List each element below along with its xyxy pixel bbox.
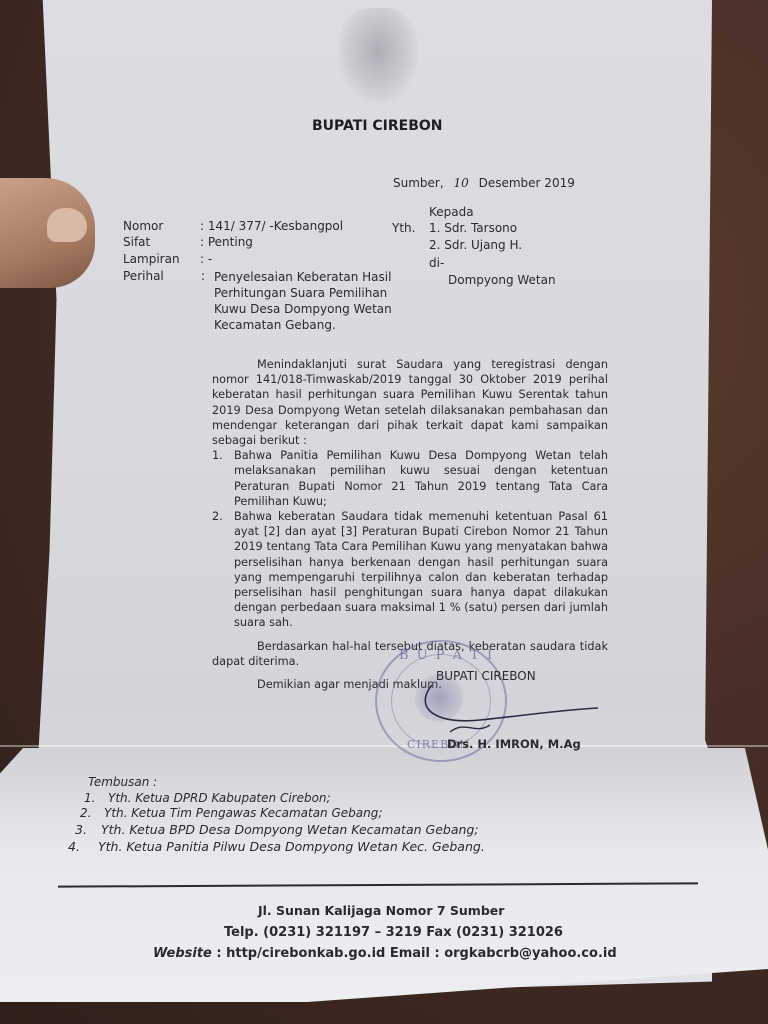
lampiran-value: : - [200, 252, 212, 266]
nomor-label: Nomor [123, 219, 163, 233]
footer-phone: Telp. (0231) 321197 – 3219 Fax (0231) 32… [224, 925, 563, 940]
tembusan-item: 1.Yth. Ketua DPRD Kabupaten Cirebon; [84, 790, 331, 806]
tembusan-item: 2.Yth. Ketua Tim Pengawas Kecamatan Geba… [80, 805, 382, 821]
footer-address: Jl. Sunan Kalijaga Nomor 7 Sumber [258, 903, 504, 918]
point-text: Bahwa Panitia Pemilihan Kuwu Desa Dompyo… [234, 448, 608, 509]
sifat-value: : Penting [200, 235, 253, 249]
perihal-line: Kuwu Desa Dompyong Wetan [214, 301, 392, 317]
point-item: 1. Bahwa Panitia Pemilihan Kuwu Desa Dom… [212, 448, 608, 509]
tembusan-number: 3. [75, 822, 101, 838]
thumbnail [47, 208, 87, 242]
perihal-colon: : [201, 269, 205, 283]
tembusan-text: Yth. Ketua Tim Pengawas Kecamatan Gebang… [104, 806, 382, 820]
tembusan-number: 4. [68, 839, 98, 855]
point-text: Bahwa keberatan Saudara tidak memenuhi k… [234, 509, 608, 631]
tembusan-item: 4.Yth. Ketua Panitia Pilwu Desa Dompyong… [68, 839, 485, 855]
handwritten-day: 10 [454, 176, 469, 190]
letter-body: Menindaklanjuti surat Saudara yang tereg… [212, 357, 608, 692]
di-label: di- [429, 256, 444, 270]
tembusan-text: Yth. Ketua DPRD Kabupaten Cirebon; [108, 791, 331, 805]
month-year: Desember 2019 [479, 176, 575, 190]
tembusan-text: Yth. Ketua BPD Desa Dompyong Wetan Kecam… [101, 822, 479, 837]
perihal-value: Penyelesaian Keberatan Hasil Perhitungan… [214, 269, 392, 333]
signatory-name: Drs. H. IMRON, M.Ag [447, 737, 581, 751]
perihal-line: Perhitungan Suara Pemilihan [214, 285, 392, 301]
point-number: 1. [212, 448, 234, 509]
tembusan-number: 1. [84, 790, 108, 806]
tembusan-text: Yth. Ketua Panitia Pilwu Desa Dompyong W… [98, 839, 485, 854]
perihal-line: Kecamatan Gebang. [214, 317, 392, 333]
intro-paragraph: Menindaklanjuti surat Saudara yang tereg… [212, 357, 608, 448]
thumb-holding-paper [0, 178, 95, 288]
point-item: 2. Bahwa keberatan Saudara tidak memenuh… [212, 509, 608, 631]
tembusan-number: 2. [80, 805, 104, 821]
kepada-label: Kepada [429, 205, 474, 219]
recipient-name: 1. Sdr. Tarsono [429, 221, 517, 235]
place-date: Sumber, 10 Desember 2019 [393, 176, 575, 190]
tembusan-item: 3.Yth. Ketua BPD Desa Dompyong Wetan Kec… [75, 822, 479, 838]
nomor-value: : 141/ 377/ -Kesbangpol [200, 219, 343, 233]
place: Sumber, [393, 176, 444, 190]
tembusan-label: Tembusan : [88, 774, 157, 790]
point-number: 2. [212, 509, 234, 631]
recipient-name: 2. Sdr. Ujang H. [429, 238, 522, 252]
yth-label: Yth. [392, 221, 415, 235]
garuda-emblem-icon [338, 8, 418, 103]
paper-fold-line [0, 745, 768, 747]
website-email-text: : http/cirebonkab.go.id Email : orgkabcr… [212, 946, 617, 961]
website-label: Website [153, 946, 212, 961]
lampiran-label: Lampiran [123, 252, 180, 266]
perihal-line: Penyelesaian Keberatan Hasil [214, 269, 392, 285]
perihal-label: Perihal [123, 269, 164, 283]
stamp-top-text: B U P A T I [399, 648, 494, 663]
recipient-location: Dompyong Wetan [448, 273, 556, 287]
letterhead-title: BUPATI CIREBON [312, 118, 443, 134]
footer-web-email: Website : http/cirebonkab.go.id Email : … [153, 946, 617, 961]
handwritten-signature [420, 680, 600, 740]
sifat-label: Sifat [123, 235, 150, 249]
